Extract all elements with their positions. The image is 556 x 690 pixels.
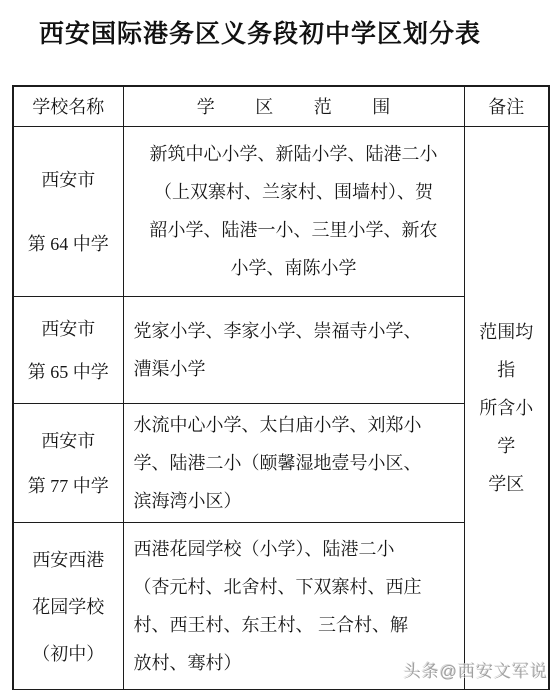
school-name-cell: 西安市 第 77 中学 [13, 403, 123, 522]
school-name-line: 第 77 中学 [28, 472, 109, 498]
school-name-line: （初中） [32, 640, 104, 666]
school-name-line: 西安市 [41, 315, 95, 341]
school-name-cell: 西安市 第 64 中学 [13, 126, 123, 296]
school-name-line: 西安市 [41, 166, 95, 192]
school-name-line: 西安市 [41, 427, 95, 453]
school-district-table: 学校名称 学 区 范 围 备注 西安市 第 64 中学 新筑中心小学、新陆小学、… [12, 85, 550, 690]
school-name-cell: 西安市 第 65 中学 [13, 296, 123, 403]
page-title: 西安国际港务区义务段初中学区划分表 [0, 14, 520, 50]
table-row: 西安市 第 64 中学 新筑中心小学、新陆小学、陆港二小 （上双寨村、兰家村、围… [13, 126, 549, 296]
header-school-name: 学校名称 [13, 86, 123, 126]
school-name-cell: 西安西港 花园学校 （初中） [13, 522, 123, 690]
district-range-cell: 新筑中心小学、新陆小学、陆港二小 （上双寨村、兰家村、围墙村）、贺 韶小学、陆港… [123, 126, 464, 296]
header-remark: 备注 [464, 86, 549, 126]
school-name-line: 西安西港 [32, 546, 104, 572]
header-district-range: 学 区 范 围 [123, 86, 464, 126]
table-header-row: 学校名称 学 区 范 围 备注 [13, 86, 549, 126]
page: 西安国际港务区义务段初中学区划分表 学校名称 学 区 范 围 备注 西安市 第 … [0, 0, 556, 690]
remark-cell: 范围均指 所含小学 学区 [464, 126, 549, 690]
district-range-cell: 党家小学、李家小学、崇福寺小学、 漕渠小学 [123, 296, 464, 403]
school-name-line: 第 65 中学 [28, 358, 109, 384]
district-range-cell: 水流中心小学、太白庙小学、刘郑小 学、陆港二小（颐馨湿地壹号小区、 滨海湾小区） [123, 403, 464, 522]
school-name-line: 花园学校 [32, 593, 104, 619]
watermark: 头条@西安文军说 [404, 657, 548, 682]
school-name-line: 第 64 中学 [28, 230, 109, 256]
